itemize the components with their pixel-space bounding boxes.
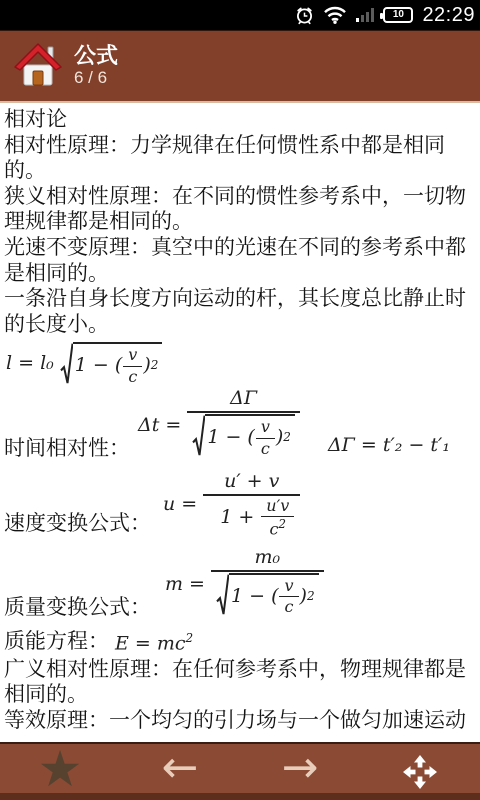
paragraph: 光速不变原理：真空中的光速在不同的参考系中都是相同的。 [4,235,476,286]
sqrt-radical: 1 − (vc)2 [192,414,295,458]
mass-energy-block: 质能方程： E = mc2 [4,629,476,657]
wifi-icon [323,6,347,24]
mass-transform-formula: m = m₀ 1 − (vc)2 [165,547,324,622]
page-title: 公式 [74,44,118,68]
paragraph: 相对性原理：力学规律在任何惯性系中都是相同的。 [4,133,476,184]
formula-label: 质能方程： [4,629,109,657]
page-indicator: 6 / 6 [74,68,118,88]
alarm-clock-icon [295,6,314,25]
formula-label: 时间相对性： [4,436,130,464]
formula-page-content: 相对论 相对性原理：力学规律在任何惯性系中都是相同的。 狭义相对性原理：在不同的… [0,105,480,800]
gamma-definition: ΔΓ = t′₂ − t′₁ [328,435,450,457]
paragraph: 广义相对性原理：在任何参考系中，物理规律都是相同的。 [4,657,476,708]
time-dilation-formula: Δt = ΔΓ 1 − (vc)2 [138,388,300,463]
paragraph: 等效原理：一个均匀的引力场与一个做匀加速运动 [4,708,476,734]
header-text: 公式 6 / 6 [74,44,118,89]
battery-level: 10 [393,10,404,20]
status-bar: 10 22:29 [0,0,480,30]
formula-label: 速度变换公式： [4,511,151,539]
time-dilation-block: 时间相对性： Δt = ΔΓ 1 − (vc)2 ΔΓ = t′₂ − t′₁ [4,388,476,463]
paragraph: 一条沿自身长度方向运动的杆，其长度总比静止时的长度小。 [4,286,476,337]
battery-icon: 10 [383,7,413,23]
signal-strength-icon [356,8,374,22]
prev-arrow-icon[interactable]: ← [145,748,215,796]
mass-transform-block: 质量变换公式： m = m₀ 1 − (vc)2 [4,547,476,622]
move-icon[interactable] [385,748,455,796]
sqrt-radical: 1 − (vc)2 [60,342,163,386]
home-icon[interactable] [12,41,64,91]
next-arrow-icon[interactable]: → [265,748,335,796]
header-bar: 公式 6 / 6 [0,30,480,103]
velocity-transform-block: 速度变换公式： u = u′ + v 1 +u′vc2 [4,471,476,539]
paragraph: 狭义相对性原理：在不同的惯性参考系中，一切物理规律都是相同的。 [4,184,476,235]
length-contraction-formula: l = l₀ 1 − (vc)2 [6,342,476,386]
velocity-transform-formula: u = u′ + v 1 +u′vc2 [163,471,300,539]
bottom-navigation-bar: ★ ← → [0,742,480,800]
formula-label: 质量变换公式： [4,595,151,623]
status-clock: 22:29 [422,4,475,27]
app-screen: 10 22:29 公式 6 / 6 相对论 相对性原理：力学规律在任何惯性系中都… [0,0,480,800]
mass-energy-formula: E = mc2 [115,632,193,655]
paragraph: 相对论 [4,107,476,133]
star-icon[interactable]: ★ [25,748,95,796]
sqrt-radical: 1 − (vc)2 [216,573,319,617]
